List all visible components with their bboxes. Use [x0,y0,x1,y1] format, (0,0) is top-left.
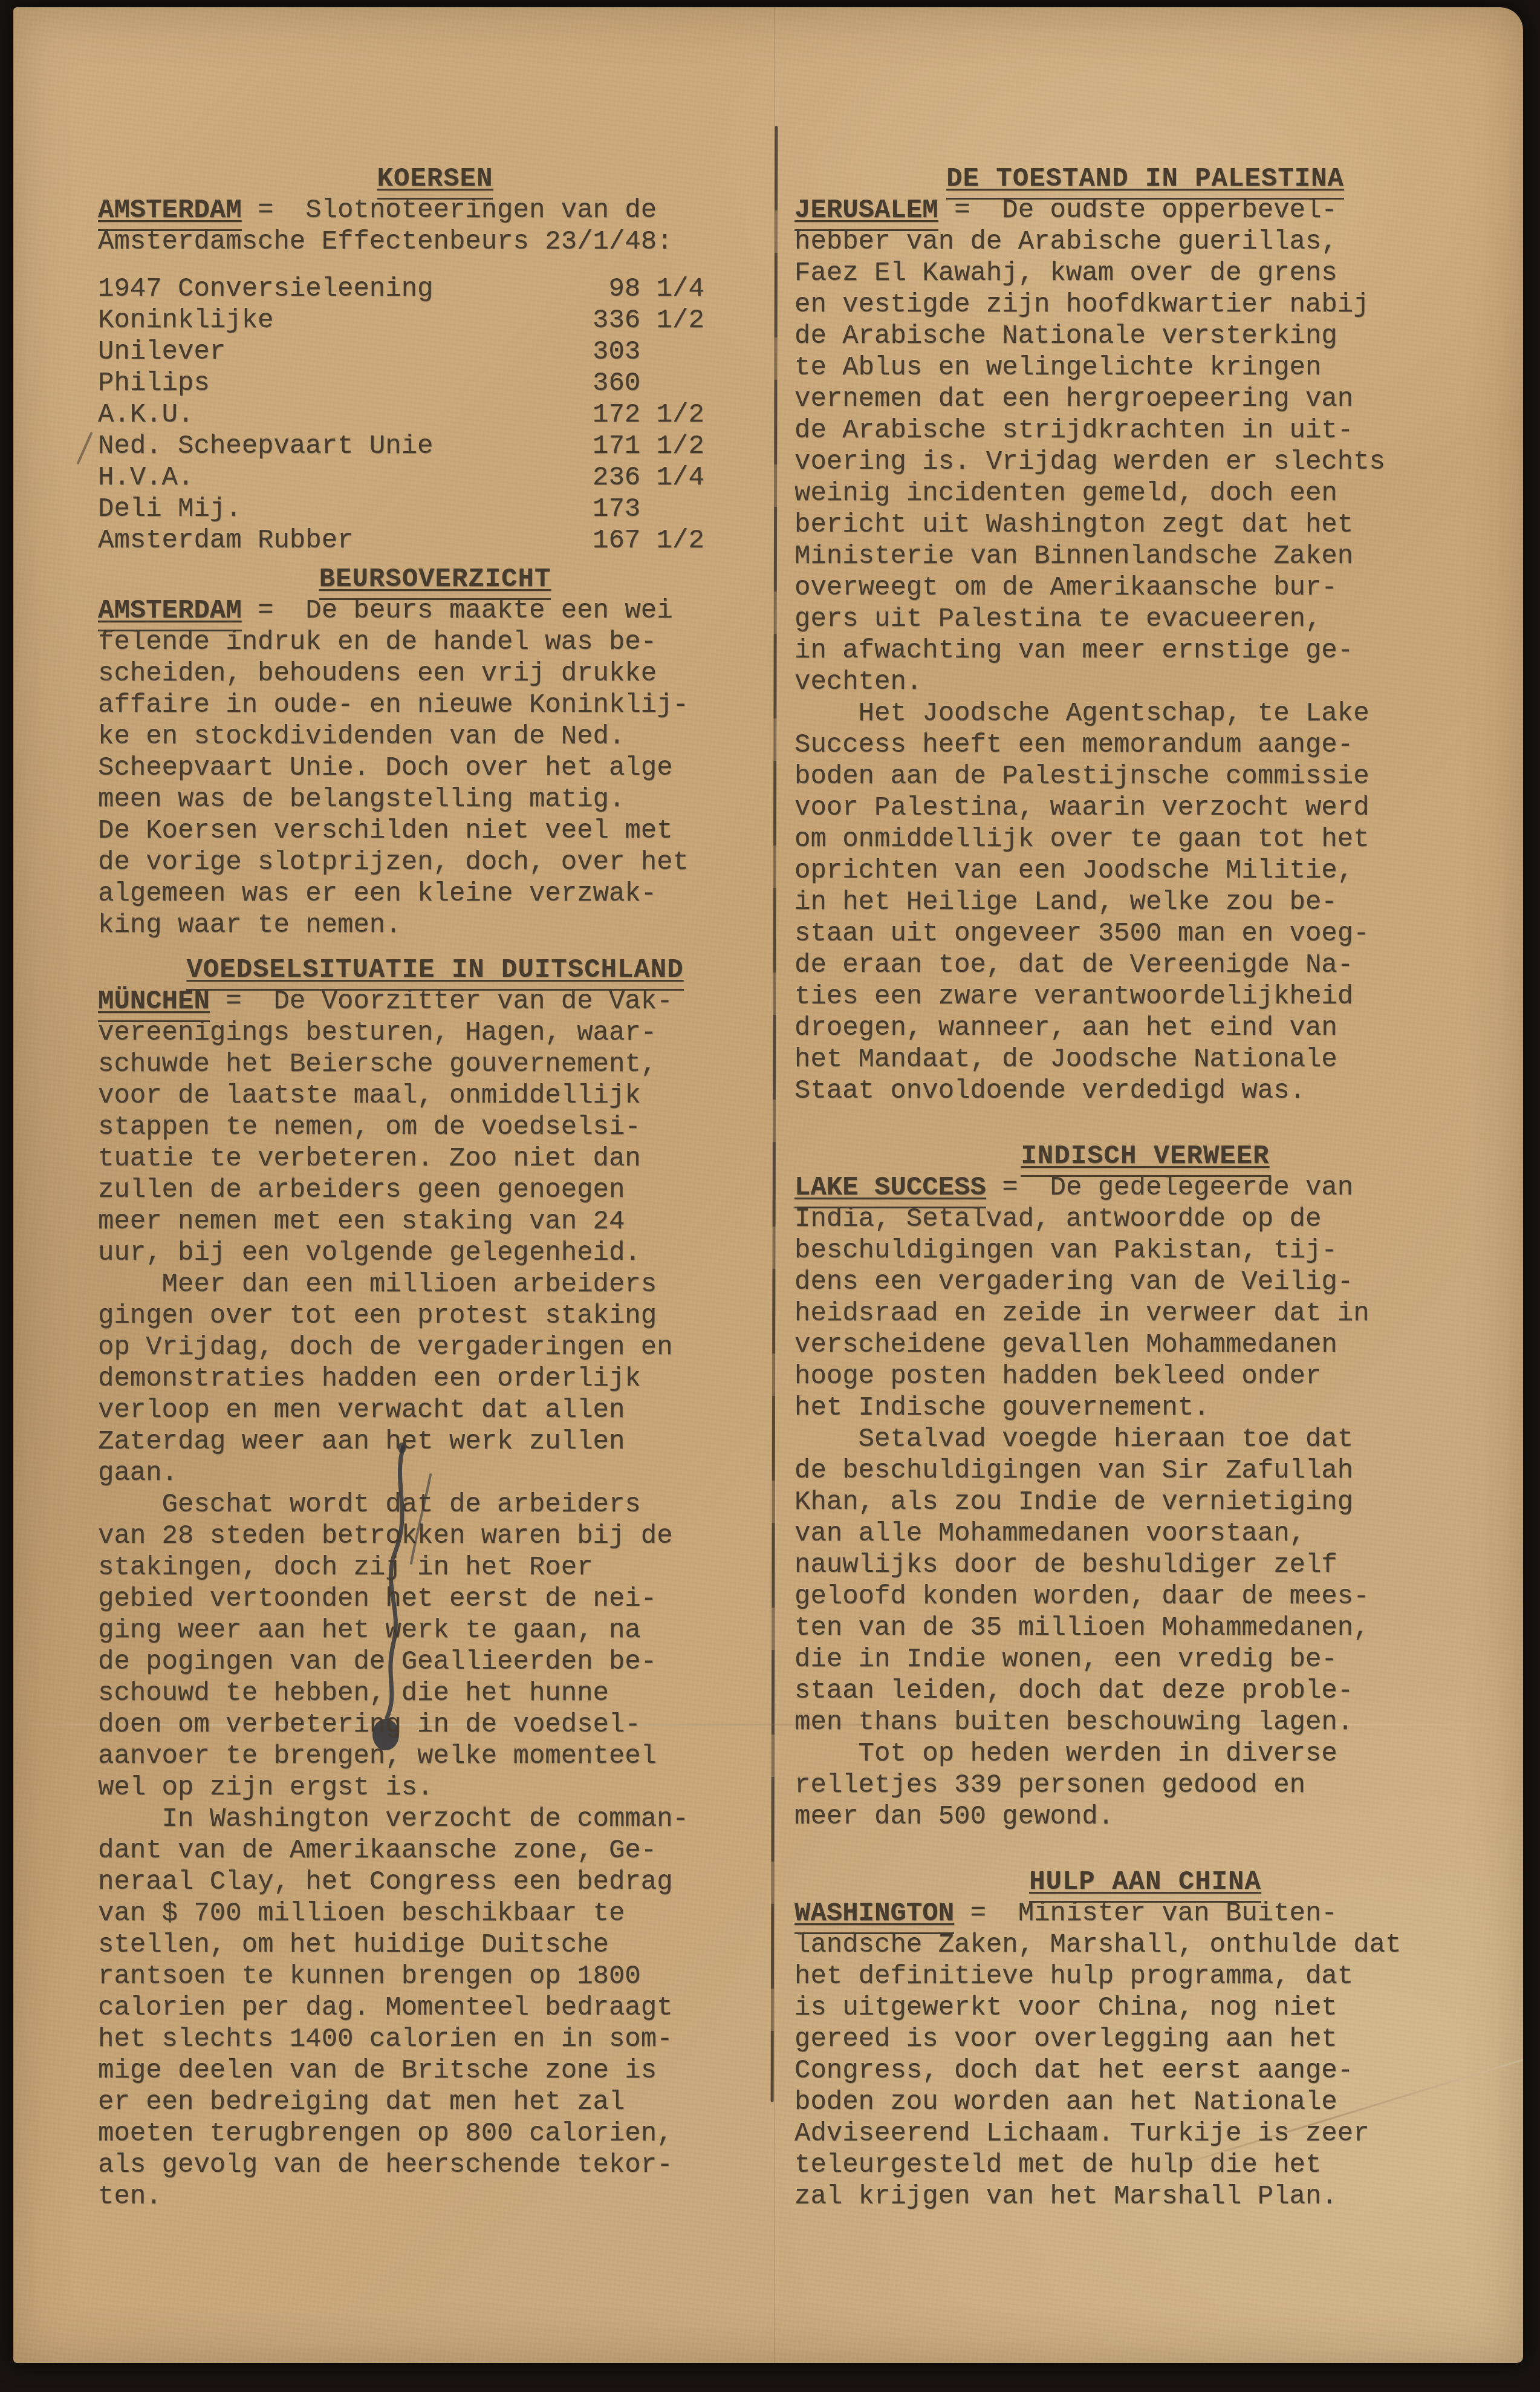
stock-name: Koninklijke [98,305,273,336]
stock-name: 1947 Conversieleening [98,274,434,304]
koersen-intro-line2: Amsterdamsche Effectenbeurs 23/1/48: [98,226,772,258]
article-body: felende indruk en de handel was be- sche… [98,627,772,941]
stock-value: 236 1/4 [593,462,704,494]
stock-name: Amsterdam Rubber [98,526,353,556]
table-row: A.K.U.172 1/2 [98,399,772,431]
article-body: hebber van de Arabische guerillas, Faez … [794,226,1496,1107]
table-row: Ned. Scheepvaart Unie171 1/2 [98,431,772,462]
table-row: Amsterdam Rubber167 1/2 [98,525,772,556]
stock-name: Philips [98,368,210,399]
left-column: KOERSEN AMSTERDAM = Slotnoteeringen van … [98,163,772,2212]
stock-name: Unilever [98,337,226,367]
newsletter-page: KOERSEN AMSTERDAM = Slotnoteeringen van … [13,7,1523,2363]
section-palestina: DE TOESTAND IN PALESTINA JERUSALEM = De … [794,163,1496,1107]
table-row: 1947 Conversieleening 98 1/4 [98,273,772,305]
table-row: Koninklijke336 1/2 [98,305,772,336]
stock-value: 336 1/2 [593,305,704,336]
right-column: DE TOESTAND IN PALESTINA JERUSALEM = De … [794,163,1496,2212]
section-hulp-aan-china: HULP AAN CHINA WASHINGTON = Minister van… [794,1866,1496,2212]
section-voedselsituatie: VOEDSELSITUATIE IN DUITSCHLAND MÜNCHEN =… [98,954,772,2212]
stock-value: 303 [593,336,640,368]
section-title-beursoverzicht: BEURSOVERZICHT [98,564,772,595]
table-row: Philips360 [98,368,772,399]
section-title-indisch-verweer: INDISCH VERWEER [794,1141,1496,1172]
article-body: India, Setalvad, antwoordde op de beschu… [794,1204,1496,1833]
pencil-mark [76,432,93,465]
article-body: vereenigings besturen, Hagen, waar- schu… [98,1017,772,2212]
section-title-voedselsituatie: VOEDSELSITUATIE IN DUITSCHLAND [98,954,772,986]
stock-value: 173 [593,494,640,525]
stock-value: 98 1/4 [593,273,704,305]
section-beursoverzicht: BEURSOVERZICHT AMSTERDAM = De beurs maak… [98,564,772,941]
stock-value: 167 1/2 [593,525,704,556]
table-row: Deli Mij.173 [98,494,772,525]
section-title-hulp-aan-china: HULP AAN CHINA [794,1866,1496,1898]
stock-name: Ned. Scheepvaart Unie [98,431,434,461]
table-row: Unilever303 [98,336,772,368]
article-body: landsche Zaken, Marshall, onthulde dat h… [794,1929,1496,2212]
photo-background: { "page": { "left_column": { "koersen": … [0,0,1540,2392]
section-title-koersen: KOERSEN [98,163,772,195]
stock-value: 171 1/2 [593,431,704,462]
section-koersen: KOERSEN AMSTERDAM = Slotnoteeringen van … [98,163,772,556]
section-indisch-verweer: INDISCH VERWEER LAKE SUCCESS = De gedele… [794,1141,1496,1833]
stock-value: 172 1/2 [593,399,704,431]
section-title-palestina: DE TOESTAND IN PALESTINA [794,163,1496,195]
stock-name: Deli Mij. [98,494,242,524]
koersen-intro-line1: AMSTERDAM = Slotnoteeringen van de [98,195,772,226]
stock-quote-table: 1947 Conversieleening 98 1/4 Koninklijke… [98,273,772,556]
stock-name: A.K.U. [98,400,193,430]
stock-value: 360 [593,368,640,399]
table-row: H.V.A.236 1/4 [98,462,772,494]
stock-name: H.V.A. [98,463,193,493]
